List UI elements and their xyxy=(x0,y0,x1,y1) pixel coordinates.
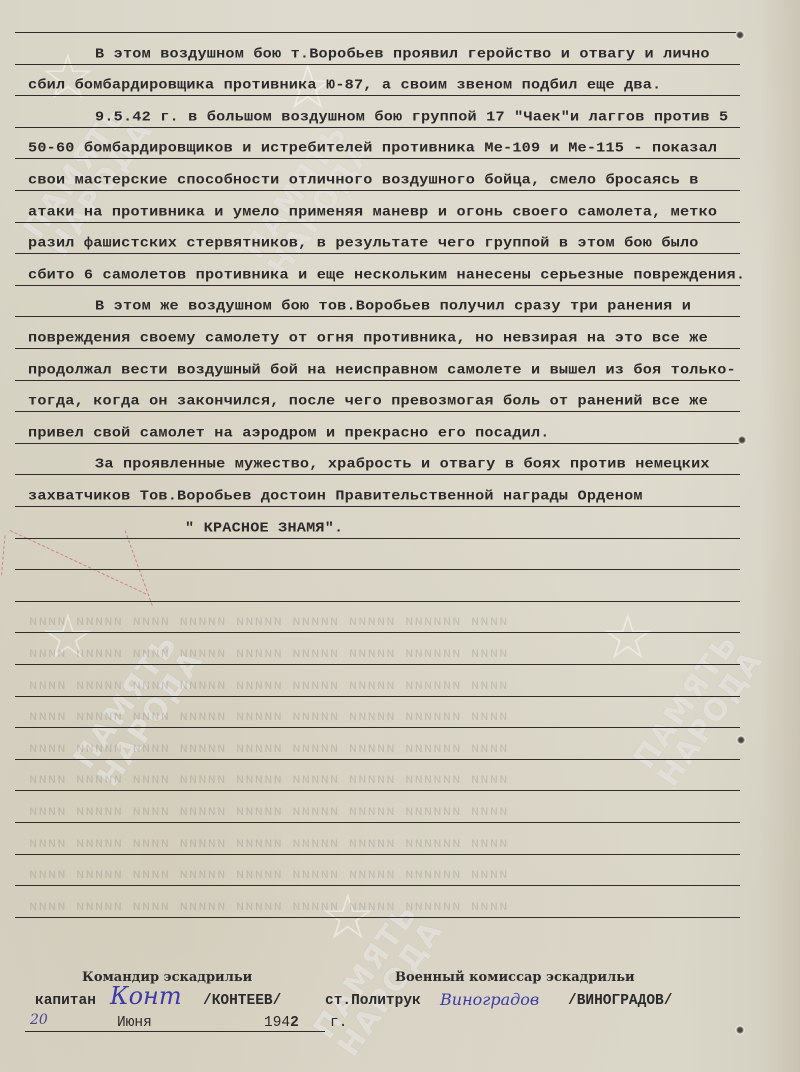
bleed-through-text: ииии ииииии иииии иииии иииии иииии ииии… xyxy=(28,804,507,820)
ruled-line xyxy=(15,253,740,254)
bleed-through-text: ииии ииииии иииии иииии иииии иииии ииии… xyxy=(28,899,507,915)
body-text-line: повреждения своему самолету от огня прот… xyxy=(28,330,708,347)
bleed-through-text: ииии ииииии иииии иииии иииии иииии ииии… xyxy=(28,741,507,757)
ruled-line xyxy=(15,917,740,918)
body-text-line: продолжал вести воздушный бой на неиспра… xyxy=(28,361,736,378)
ruled-line xyxy=(15,822,740,823)
body-text-line: сбил бомбардировщика противника Ю-87, а … xyxy=(28,77,661,94)
ruled-line xyxy=(15,474,740,475)
watermark: ПАМЯТЬНАРОДА xyxy=(629,628,769,792)
paper-edge-shadow xyxy=(760,0,800,1072)
ruled-line xyxy=(15,190,740,191)
date-suffix: г. xyxy=(330,1015,347,1031)
ruled-line xyxy=(15,222,740,223)
punch-hole xyxy=(736,735,746,745)
commissar-rank: ст.Политрук xyxy=(325,993,421,1009)
body-text-line: разил фашистских стервятников, в результ… xyxy=(28,235,699,252)
ruled-line xyxy=(15,790,740,791)
bleed-through-text: ииии ииииии иииии иииии иииии иииии ииии… xyxy=(28,646,507,662)
ruled-line xyxy=(15,158,740,159)
body-text-line: сбито 6 самолетов противника и еще неско… xyxy=(28,267,745,284)
date-day: 20 xyxy=(30,1012,48,1028)
red-pencil-mark xyxy=(10,530,146,594)
body-text-line: 9.5.42 г. в большом воздушном бою группо… xyxy=(95,109,728,126)
red-pencil-mark xyxy=(125,530,153,606)
body-text-line: свои мастерские способности отличного во… xyxy=(28,172,699,189)
body-text-line: За проявленные мужество, храбрость и отв… xyxy=(95,456,710,473)
ruled-line xyxy=(15,443,740,444)
ruled-line xyxy=(15,380,740,381)
ruled-line xyxy=(15,64,740,65)
body-text-line: " КРАСНОЕ ЗНАМЯ". xyxy=(185,519,343,536)
commissar-title: Военный комиссар эскадрильи xyxy=(395,970,635,985)
ruled-line xyxy=(15,885,740,886)
ruled-line xyxy=(15,316,740,317)
bleed-through-text: ииии ииииии иииии иииии иииии иииии ииии… xyxy=(28,614,507,630)
commander-name: /КОНТЕЕВ/ xyxy=(203,993,281,1009)
bleed-through-text: ииии ииииии иииии иииии иииии иииии ииии… xyxy=(28,836,507,852)
ruled-line xyxy=(15,601,740,602)
commissar-name: /ВИНОГРАДОВ/ xyxy=(568,993,672,1009)
ruled-line xyxy=(15,664,740,665)
body-text-line: В этом воздушном бою т.Воробьев проявил … xyxy=(95,45,710,62)
date-year: 1942 xyxy=(264,1015,299,1031)
bleed-through-text: ииии ииииии иииии иииии иииии иииии ииии… xyxy=(28,772,507,788)
ruled-line xyxy=(15,285,740,286)
red-pencil-mark xyxy=(1,535,5,575)
ruled-line xyxy=(15,538,740,539)
ruled-line xyxy=(15,348,740,349)
bleed-through-text: ииии ииииии иииии иииии иииии иииии ииии… xyxy=(28,709,507,725)
ruled-line xyxy=(15,727,740,728)
ruled-line xyxy=(15,696,740,697)
ruled-line xyxy=(15,95,740,96)
body-text-line: тогда, когда он закончился, после чего п… xyxy=(28,393,708,410)
punch-hole xyxy=(735,1025,745,1035)
commander-rank: капитан xyxy=(35,993,96,1009)
ruled-line xyxy=(15,506,740,507)
watermark-star-icon: ☆ xyxy=(40,600,96,673)
commander-signature: Конт xyxy=(110,982,182,1010)
ruled-line xyxy=(15,759,740,760)
ruled-line xyxy=(15,854,740,855)
date-month: Июня xyxy=(117,1015,152,1031)
punch-hole xyxy=(737,435,747,445)
punch-hole xyxy=(735,30,745,40)
bleed-through-text: ииии ииииии иииии иииии иииии иииии ииии… xyxy=(28,867,507,883)
date-rule xyxy=(25,1031,325,1032)
ruled-line xyxy=(15,127,740,128)
body-text-line: атаки на противника и умело применяя ман… xyxy=(28,203,717,220)
ruled-line xyxy=(15,632,740,633)
body-text-line: захватчиков Тов.Воробьев достоин Правите… xyxy=(28,488,643,505)
body-text-line: В этом же воздушном бою тов.Воробьев пол… xyxy=(95,298,691,315)
ruled-line xyxy=(15,411,740,412)
body-text-line: 50-60 бомбардировщиков и истребителей пр… xyxy=(28,140,717,157)
bleed-through-text: ииии ииииии иииии иииии иииии иииии ииии… xyxy=(28,678,507,694)
commissar-signature: Виноградов xyxy=(440,990,539,1009)
watermark-star-icon: ☆ xyxy=(600,600,656,673)
ruled-line xyxy=(15,32,740,33)
document-page: ☆ ☆ ☆ ☆ ☆ ПАМЯТЬНАРОДА ПАМЯТЬНАРОДА ПАМЯ… xyxy=(0,0,800,1072)
body-text-line: привел свой самолет на аэродром и прекра… xyxy=(28,425,550,442)
ruled-line xyxy=(15,569,740,570)
